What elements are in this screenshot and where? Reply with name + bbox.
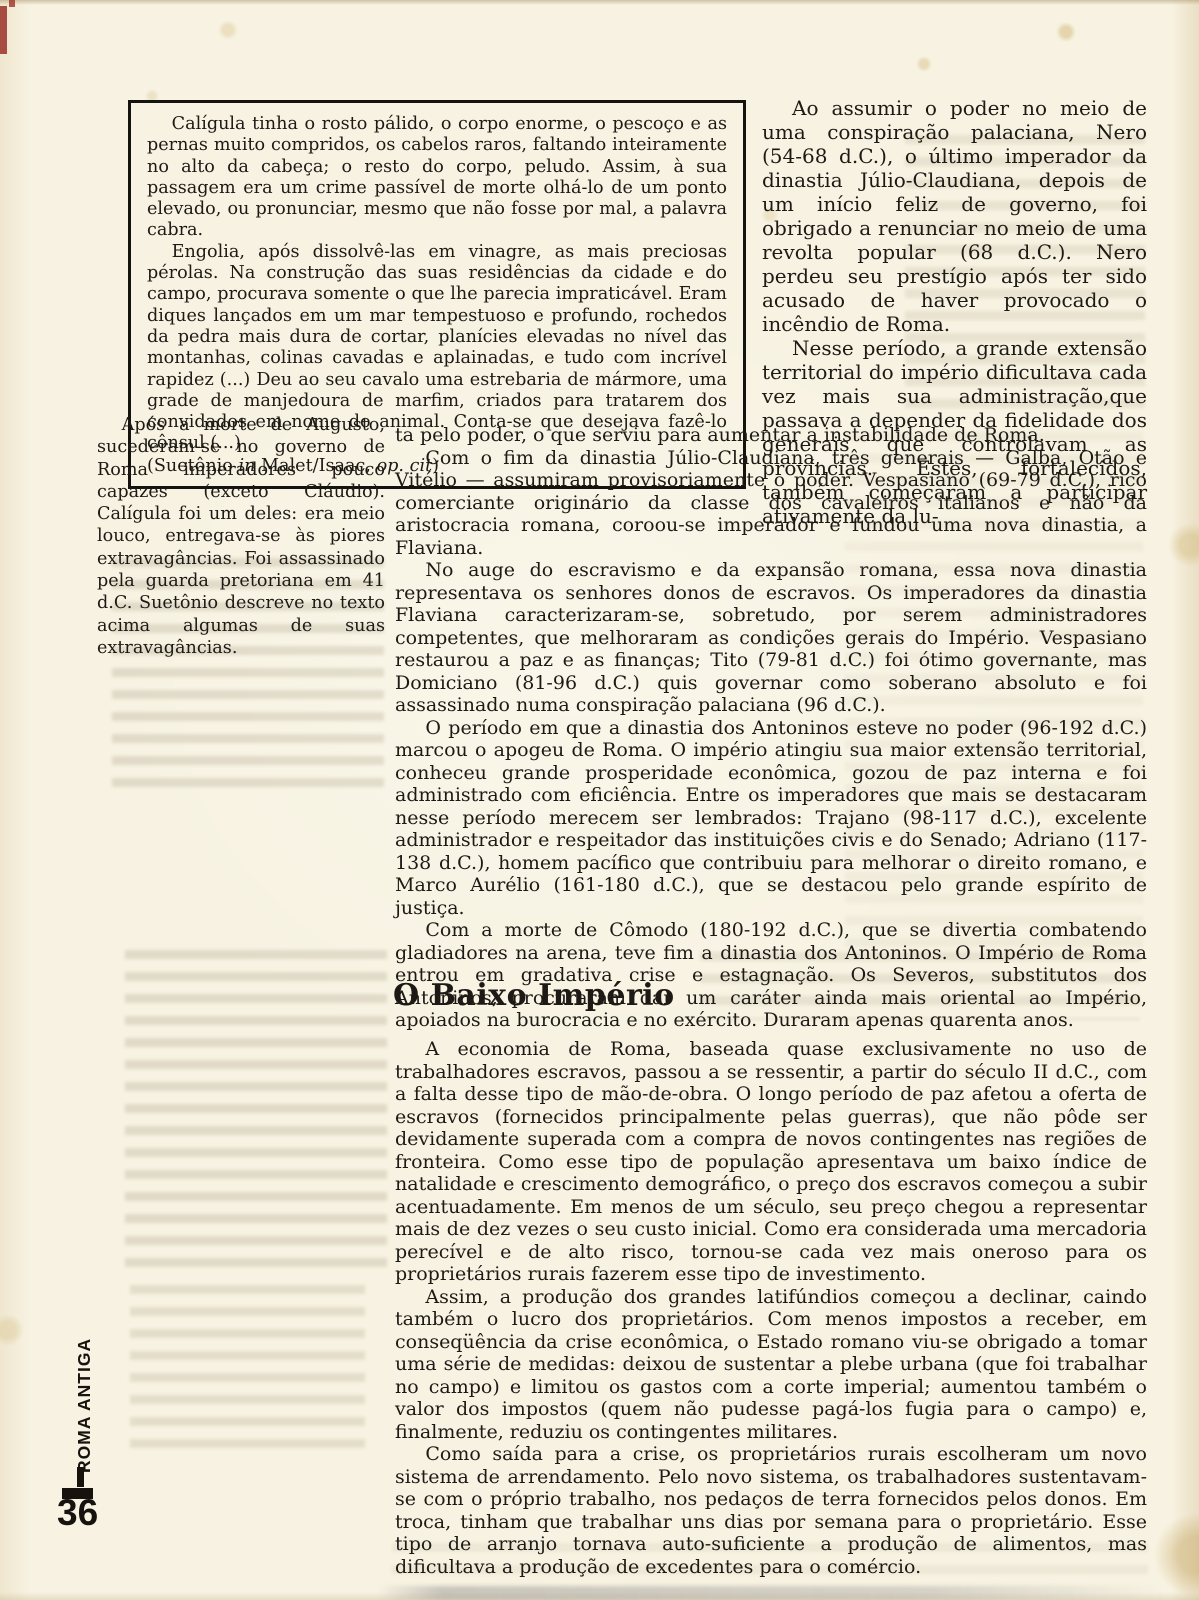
body-paragraph: Com a morte de Cômodo (180-192 d.C.), qu… (395, 919, 1147, 1032)
bleed-through-text (130, 1285, 365, 1457)
body-paragraph: Como saída para a crise, os proprietário… (395, 1443, 1147, 1578)
sidebar-note-text: Após a morte de Augusto, sucederam-se no… (97, 414, 385, 659)
body-paragraph: Ao assumir o poder no meio de uma conspi… (762, 96, 1147, 336)
scan-bottom-smudge (378, 1586, 1164, 1600)
scan-edge-red-dot (9, 0, 15, 7)
page-number: 36 (57, 1492, 98, 1534)
body-paragraph: O período em que a dinastia dos Antonino… (395, 717, 1147, 920)
quote-paragraph-1: Calígula tinha o rosto pálido, o corpo e… (147, 114, 727, 242)
section-column: A economia de Roma, baseada quase exclus… (395, 1038, 1147, 1578)
section-label-vertical: ROMA ANTIGA (74, 1338, 95, 1473)
main-column: ta pelo poder, o que serviu para aumenta… (395, 424, 1147, 1032)
body-paragraph: A economia de Roma, baseada quase exclus… (395, 1038, 1147, 1286)
body-paragraph: No auge do escravismo e da expansão roma… (395, 559, 1147, 717)
paragraph-continuation: ta pelo poder, o que serviu para aumenta… (395, 424, 1147, 447)
body-paragraph: Com o fim da dinastia Júlio-Claudiana, t… (395, 447, 1147, 560)
body-paragraph: Assim, a produção dos grandes latifúndio… (395, 1286, 1147, 1444)
scanned-textbook-page: Calígula tinha o rosto pálido, o corpo e… (0, 0, 1199, 1600)
label-tick-mark (77, 1467, 84, 1487)
scan-edge-red-mark (0, 6, 7, 54)
bleed-through-text (125, 950, 387, 1268)
section-heading: O Baixo Império (393, 978, 675, 1013)
sidebar-note: Após a morte de Augusto, sucederam-se no… (97, 414, 385, 659)
